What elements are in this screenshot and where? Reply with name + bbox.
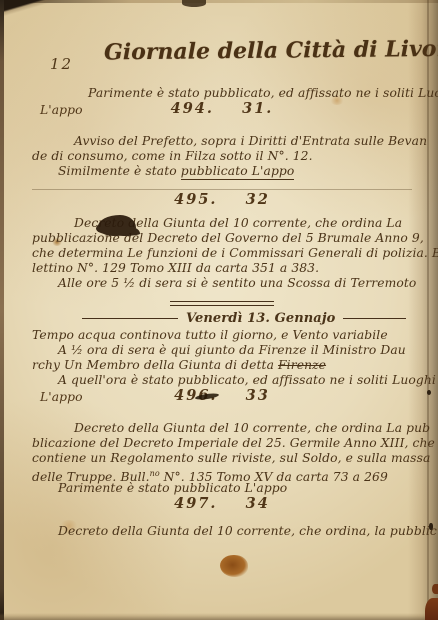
manuscript-line: blicazione del Decreto Imperiale del 25.… [30, 436, 414, 451]
scan-edge-left [0, 0, 4, 620]
manuscript-line: L'appo496. 33 [30, 388, 414, 408]
ink-stain [220, 555, 248, 577]
ink-blot [98, 215, 136, 236]
manuscript-line: Tempo acqua continova tutto il giorno, e… [30, 328, 414, 343]
manuscript-line: rchy Un Membro della Giunta di detta Fir… [30, 358, 414, 373]
manuscript-line: Decreto della Giunta del 10 corrente, ch… [30, 216, 414, 231]
double-rule [170, 301, 274, 306]
scan-edge-bottom [0, 613, 438, 620]
page-number: 12 [50, 55, 73, 73]
scan-edge-top [0, 0, 438, 3]
manuscript-line: Decreto della Giunta del 10 corrente, ch… [30, 520, 414, 535]
manuscript-line: 495. 32 [30, 192, 414, 210]
manuscript-line: Parimente è stato pubblicato L'appo [30, 481, 414, 496]
date-heading: Venerdì 13. Gennajo [30, 310, 414, 326]
manuscript-line: Avviso del Prefetto, sopra i Diritti d'E… [30, 134, 414, 149]
manuscript-line: Similmente è stato pubblicato L'appo [30, 164, 414, 179]
journal-title: Giornale della Città di Livorno [104, 37, 384, 66]
manuscript-lines: Parimente è stato pubblicato, ed affissa… [30, 86, 414, 535]
manuscript-line: de di consumo, come in Filza sotto il N°… [30, 149, 414, 164]
manuscript-line: Alle ore 5 ½ di sera si è sentito una Sc… [30, 276, 414, 291]
manuscript-line: 497. 34 [30, 496, 414, 514]
ink-blob-top [182, 0, 206, 7]
manuscript-line: A ½ ora di sera è qui giunto da Firenze … [30, 343, 414, 358]
manuscript-line: lettino N°. 129 Tomo XIII da carta 351 a… [30, 261, 414, 276]
manuscript-page: 12 Giornale della Città di Livorno Parim… [0, 0, 438, 620]
manuscript-line: Decreto della Giunta del 10 corrente, ch… [30, 421, 414, 436]
binding-corner [425, 598, 438, 620]
manuscript-line: Parimente è stato pubblicato, ed affissa… [30, 86, 414, 101]
manuscript-line: che determina Le funzioni de i Commissar… [30, 246, 414, 261]
manuscript-line: L'appo494. 31. [30, 101, 414, 121]
edge-speck [427, 390, 431, 395]
manuscript-line: contiene un Regolamento sulle riviste, s… [30, 451, 414, 466]
page-corner-fold [0, 0, 58, 17]
binding-fragment [432, 584, 438, 594]
section-rule [32, 189, 412, 190]
manuscript-line: delle Truppe. Bull.no N°. 135 Tomo XV da… [30, 466, 414, 481]
manuscript-line: pubblicazione del Decreto del Governo de… [30, 231, 414, 246]
manuscript-line: A quell'ora è stato pubblicato, ed affis… [30, 373, 414, 388]
